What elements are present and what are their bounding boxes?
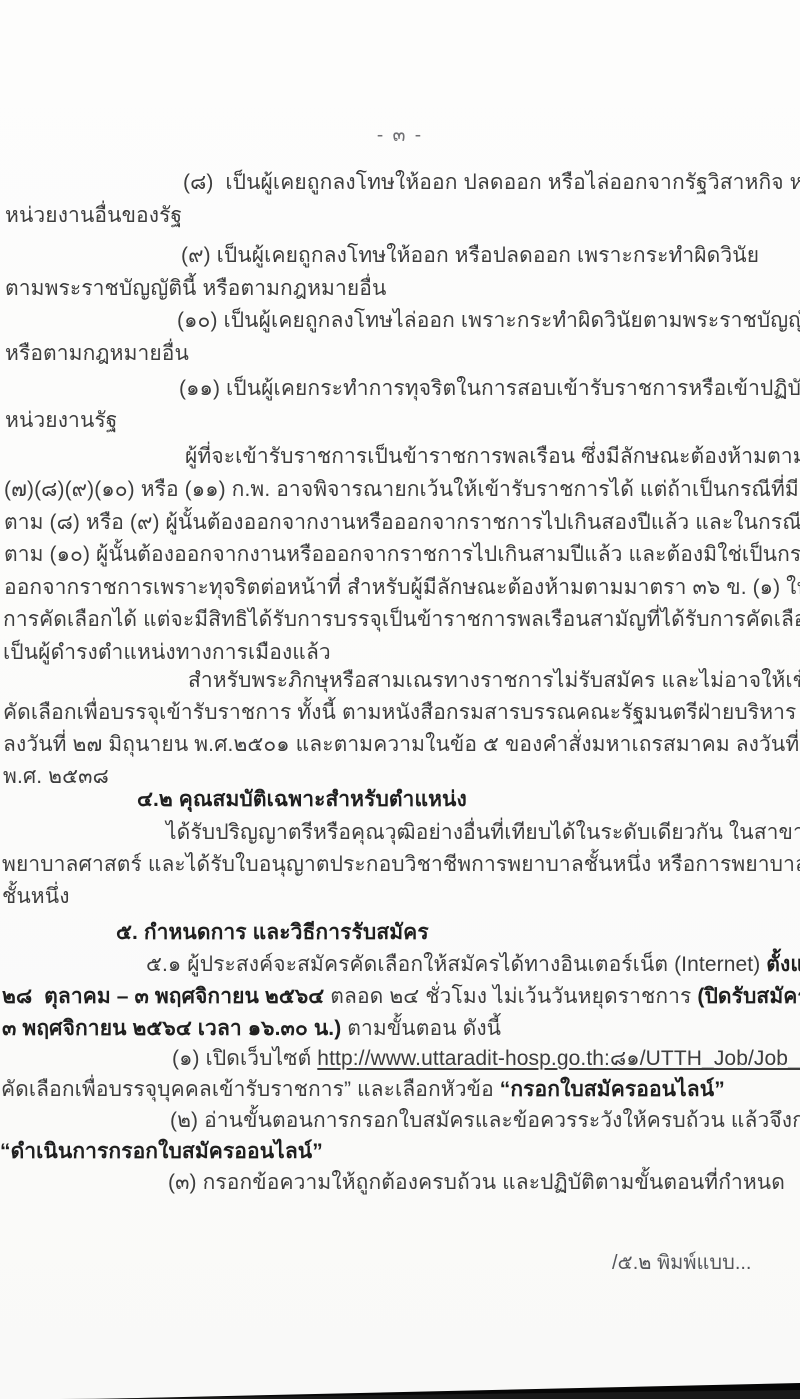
clause-8-line-2: หน่วยงานอื่นของรัฐ — [5, 203, 182, 229]
text-run: ตามพระราชบัญญัตินี้ หรือตามกฎหมายอื่น — [5, 277, 386, 300]
section-4-2-body-line-2: พยาบาลศาสตร์ และได้รับใบอนุญาตประกอบวิชา… — [2, 852, 800, 878]
monk-paragraph-line-3: ลงวันที่ ๒๗ มิถุนายน พ.ศ.๒๕๐๑ และตามความ… — [3, 732, 800, 758]
clause-10-line-2: หรือตามกฎหมายอื่น — [5, 341, 189, 367]
text-run: คัดเลือกเพื่อบรรจุเข้ารับราชการ ทั้งนี้ … — [3, 701, 800, 724]
text-run: (๘) เป็นผู้เคยถูกลงโทษให้ออก ปลดออก หรือ… — [183, 171, 800, 194]
section-5-1-line-3: ๓ พฤศจิกายน ๒๕๖๔ เวลา ๑๖.๓๐ น.) ตามขั้นต… — [2, 1016, 501, 1042]
text-run: (๑๐) เป็นผู้เคยถูกลงโทษไล่ออก เพราะกระทำ… — [177, 309, 800, 332]
section-5-1-line-1: ๕.๑ ผู้ประสงค์จะสมัครคัดเลือกให้สมัครได้… — [146, 952, 800, 978]
text-run: พ.ศ. ๒๕๓๘ — [3, 765, 109, 788]
clause-11-line-1: (๑๑) เป็นผู้เคยกระทำการทุจริตในการสอบเข้… — [179, 376, 800, 402]
exemption-paragraph-line-5: ออกจากราชการเพราะทุจริตต่อหน้าที่ สำหรับ… — [4, 575, 800, 601]
text-run: สำหรับพระภิกษุหรือสามเณรทางราชการไม่รับส… — [188, 669, 800, 692]
text-run: ตามขั้นตอน ดังนี้ — [341, 1017, 501, 1040]
clause-8-line-1: (๘) เป็นผู้เคยถูกลงโทษให้ออก ปลดออก หรือ… — [183, 170, 800, 196]
text-run: ๒๘ ตุลาคม – ๓ พฤศจิกายน ๒๕๖๔ — [2, 985, 324, 1008]
exemption-paragraph-line-1: ผู้ที่จะเข้ารับราชการเป็นข้าราชการพลเรือ… — [185, 444, 800, 470]
step-1-line-1: (๑) เปิดเว็บไซต์ http://www.uttaradit-ho… — [172, 1046, 800, 1072]
text-run: ชั้นหนึ่ง — [2, 885, 70, 908]
clause-10-line-1: (๑๐) เป็นผู้เคยถูกลงโทษไล่ออก เพราะกระทำ… — [177, 308, 800, 334]
step-1-line-2: คัดเลือกเพื่อบรรจุบุคคลเข้ารับราชการ” แล… — [1, 1077, 725, 1103]
text-run: ได้รับปริญญาตรีหรือคุณวุฒิอย่างอื่นที่เท… — [166, 821, 800, 844]
continuation-mark: /๕.๒ พิมพ์แบบ... — [612, 1246, 752, 1278]
step-2-line-1: (๒) อ่านขั้นตอนการกรอกใบสมัครและข้อควรระ… — [170, 1108, 800, 1134]
text-run: ตั้งแต่วันที่ — [766, 953, 800, 976]
clause-9-line-1: (๙) เป็นผู้เคยถูกลงโทษให้ออก หรือปลดออก … — [181, 243, 759, 269]
step-3-line-1: (๓) กรอกข้อความให้ถูกต้องครบถ้วน และปฏิบ… — [168, 1170, 785, 1196]
exemption-paragraph-line-3: ตาม (๘) หรือ (๙) ผู้นั้นต้องออกจากงานหรื… — [4, 510, 800, 536]
text-run: พยาบาลศาสตร์ และได้รับใบอนุญาตประกอบวิชา… — [2, 853, 800, 876]
text-run: คัดเลือกเพื่อบรรจุบุคคลเข้ารับราชการ” แล… — [1, 1078, 500, 1101]
text-run: ๔.๒ คุณสมบัติเฉพาะสำหรับตำแหน่ง — [137, 788, 467, 811]
text-run: ๕.๑ ผู้ประสงค์จะสมัครคัดเลือกให้สมัครได้… — [146, 953, 766, 976]
text-run: (๙) เป็นผู้เคยถูกลงโทษให้ออก หรือปลดออก … — [181, 244, 759, 267]
section-4-2-body-line-3: ชั้นหนึ่ง — [2, 884, 70, 910]
text-run: ๓ พฤศจิกายน ๒๕๖๔ เวลา ๑๖.๓๐ น.) — [2, 1017, 341, 1040]
section-5-heading-line-1: ๕. กำหนดการ และวิธีการรับสมัคร — [116, 920, 429, 946]
text-run: ออกจากราชการเพราะทุจริตต่อหน้าที่ สำหรับ… — [4, 576, 800, 599]
clause-9-line-2: ตามพระราชบัญญัตินี้ หรือตามกฎหมายอื่น — [5, 276, 386, 302]
section-4-2-body-line-1: ได้รับปริญญาตรีหรือคุณวุฒิอย่างอื่นที่เท… — [166, 820, 800, 846]
monk-paragraph-line-4: พ.ศ. ๒๕๓๘ — [3, 764, 109, 790]
section-4-2-heading-line-1: ๔.๒ คุณสมบัติเฉพาะสำหรับตำแหน่ง — [137, 787, 467, 813]
exemption-paragraph-line-2: (๗)(๘)(๙)(๑๐) หรือ (๑๑) ก.พ. อาจพิจารณาย… — [4, 477, 800, 503]
text-run: ลงวันที่ ๒๗ มิถุนายน พ.ศ.๒๕๐๑ และตามความ… — [3, 733, 800, 756]
page-number: - ๓ - — [0, 120, 800, 150]
text-run: (๓) กรอกข้อความให้ถูกต้องครบถ้วน และปฏิบ… — [168, 1171, 785, 1194]
text-run: ตลอด ๒๔ ชั่วโมง ไม่เว้นวันหยุดราชการ — [324, 985, 697, 1008]
text-run: หน่วยงานรัฐ — [5, 409, 117, 432]
text-run: (๑) เปิดเว็บไซต์ — [172, 1047, 317, 1070]
text-run: “ดำเนินการกรอกใบสมัครออนไลน์” — [0, 1140, 323, 1163]
exemption-paragraph-line-7: เป็นผู้ดำรงตำแหน่งทางการเมืองแล้ว — [3, 640, 331, 666]
text-run: ผู้ที่จะเข้ารับราชการเป็นข้าราชการพลเรือ… — [185, 445, 800, 468]
text-run: (ปิดรับสมัครคัดเลือกวันที่ — [697, 985, 800, 1008]
text-run: หน่วยงานอื่นของรัฐ — [5, 204, 182, 227]
text-run: ตาม (๘) หรือ (๙) ผู้นั้นต้องออกจากงานหรื… — [4, 511, 800, 534]
text-run: หรือตามกฎหมายอื่น — [5, 342, 189, 365]
exemption-paragraph-line-4: ตาม (๑๐) ผู้นั้นต้องออกจากงานหรือออกจากร… — [4, 542, 800, 568]
text-run: “กรอกใบสมัครออนไลน์” — [500, 1078, 725, 1101]
step-2-line-2: “ดำเนินการกรอกใบสมัครออนไลน์” — [0, 1139, 323, 1165]
text-run: เป็นผู้ดำรงตำแหน่งทางการเมืองแล้ว — [3, 641, 331, 664]
section-5-1-line-2: ๒๘ ตุลาคม – ๓ พฤศจิกายน ๒๕๖๔ ตลอด ๒๔ ชั่… — [2, 984, 800, 1010]
text-run: (๒) อ่านขั้นตอนการกรอกใบสมัครและข้อควรระ… — [170, 1109, 800, 1132]
scanned-document-page: - ๓ - (๘) เป็นผู้เคยถูกลงโทษให้ออก ปลดออ… — [0, 0, 800, 1399]
clause-11-line-2: หน่วยงานรัฐ — [5, 408, 117, 434]
text-run: (๗)(๘)(๙)(๑๐) หรือ (๑๑) ก.พ. อาจพิจารณาย… — [4, 478, 800, 501]
text-run: ตาม (๑๐) ผู้นั้นต้องออกจากงานหรือออกจากร… — [4, 543, 800, 566]
text-run: การคัดเลือกได้ แต่จะมีสิทธิได้รับการบรรจ… — [3, 608, 800, 631]
exemption-paragraph-line-6: การคัดเลือกได้ แต่จะมีสิทธิได้รับการบรรจ… — [3, 607, 800, 633]
text-run: (๑๑) เป็นผู้เคยกระทำการทุจริตในการสอบเข้… — [179, 377, 800, 400]
monk-paragraph-line-2: คัดเลือกเพื่อบรรจุเข้ารับราชการ ทั้งนี้ … — [3, 700, 800, 726]
text-run: ๕. กำหนดการ และวิธีการรับสมัคร — [116, 921, 429, 944]
monk-paragraph-line-1: สำหรับพระภิกษุหรือสามเณรทางราชการไม่รับส… — [188, 668, 800, 694]
application-url-text: http://www.uttaradit-hosp.go.th:๘๑/UTTH_… — [317, 1047, 800, 1070]
